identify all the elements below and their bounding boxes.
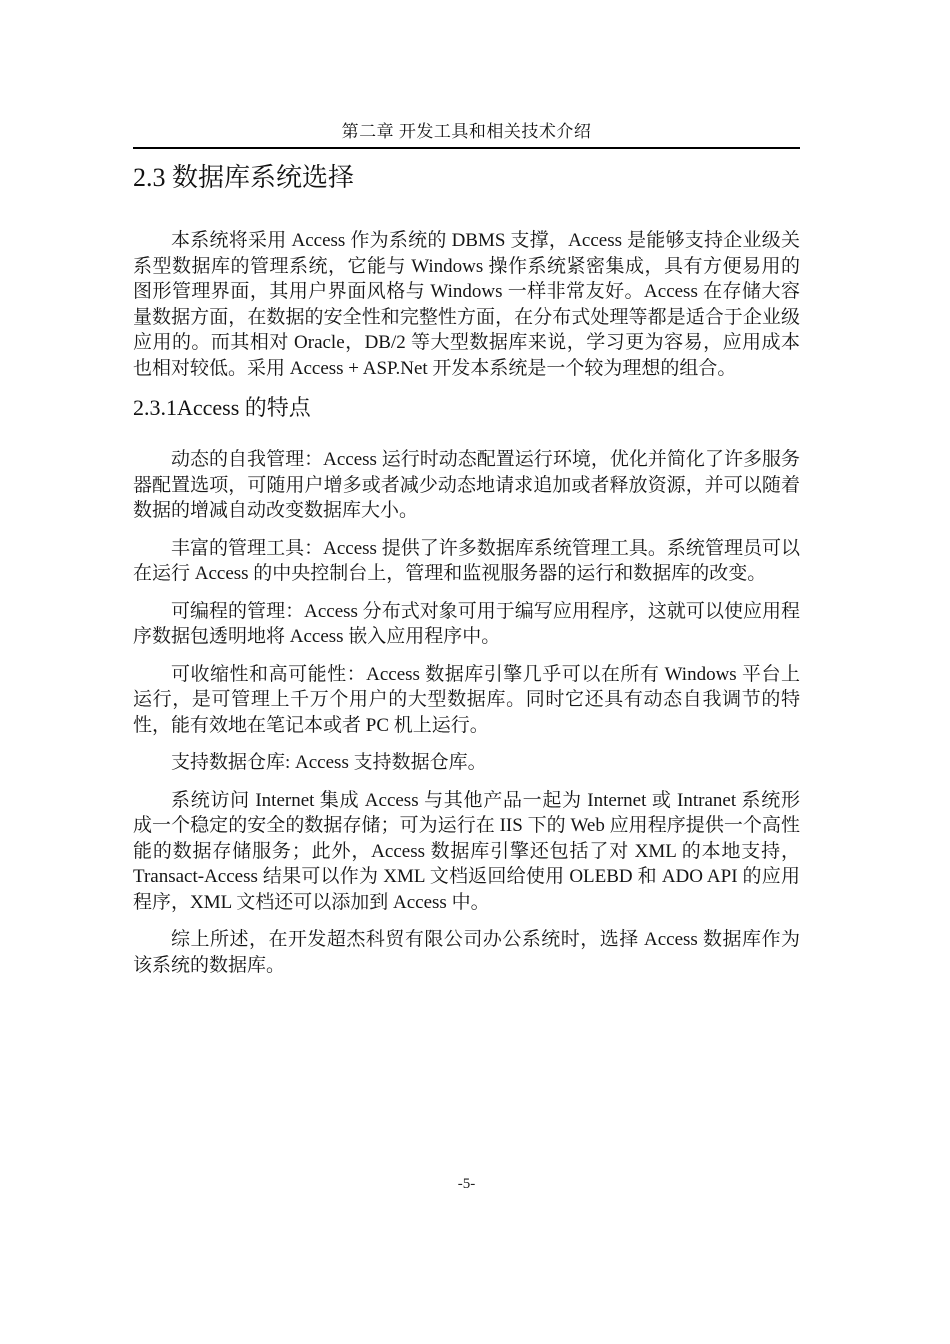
paragraph-management-tools: 丰富的管理工具：Access 提供了许多数据库系统管理工具。系统管理员可以在运行… <box>133 536 800 587</box>
paragraph-conclusion: 综上所述，在开发超杰科贸有限公司办公系统时，选择 Access 数据库作为该系统… <box>133 927 800 978</box>
header-rule <box>133 147 800 149</box>
paragraph-internet-integration: 系统访问 Internet 集成 Access 与其他产品一起为 Interne… <box>133 788 800 916</box>
paragraph-dynamic-self-management: 动态的自我管理：Access 运行时动态配置运行环境，优化并简化了许多服务器配置… <box>133 447 800 524</box>
paragraph-programmable-management: 可编程的管理：Access 分布式对象可用于编写应用程序，这就可以使应用程序数据… <box>133 599 800 650</box>
paragraph-data-warehouse: 支持数据仓库: Access 支持数据仓库。 <box>133 750 800 776</box>
document-page: 第二章 开发工具和相关技术介绍 2.3 数据库系统选择 本系统将采用 Acces… <box>0 0 950 1344</box>
page-number: -5- <box>133 1174 800 1194</box>
running-header: 第二章 开发工具和相关技术介绍 <box>133 0 800 143</box>
section-title: 2.3 数据库系统选择 <box>133 163 800 193</box>
paragraph-scalability: 可收缩性和高可能性：Access 数据库引擎几乎可以在所有 Windows 平台… <box>133 662 800 739</box>
page-content: 第二章 开发工具和相关技术介绍 2.3 数据库系统选择 本系统将采用 Acces… <box>133 0 800 978</box>
paragraph-intro: 本系统将采用 Access 作为系统的 DBMS 支撑，Access 是能够支持… <box>133 228 800 381</box>
subsection-title: 2.3.1Access 的特点 <box>133 394 800 421</box>
